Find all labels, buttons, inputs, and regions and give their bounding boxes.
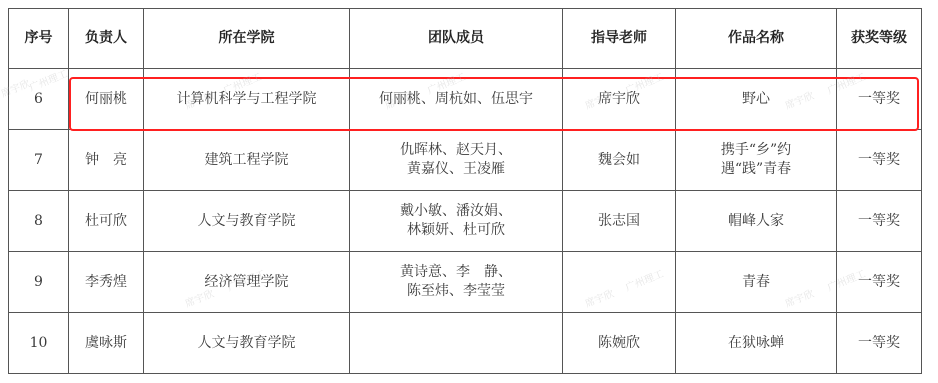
cell-members: 黄诗意、李 静、 陈至炜、李莹莹 [350, 252, 563, 313]
cell-advisor: 魏会如 [563, 130, 676, 191]
cell-college: 计算机科学与工程学院 [144, 69, 350, 130]
cell-award: 一等奖 [837, 130, 922, 191]
cell-advisor: 陈婉欣 [563, 313, 676, 374]
header-members: 团队成员 [350, 9, 563, 69]
table-row: 8 杜可欣 人文与教育学院 戴小敏、潘汝娟、 林颖妍、杜可欣 张志国 帽峰人家 … [9, 191, 922, 252]
table-row: 7 钟 亮 建筑工程学院 仇晖林、赵天月、 黄嘉仪、王凌雁 魏会如 携手“乡”约… [9, 130, 922, 191]
header-no: 序号 [9, 9, 69, 69]
cell-leader: 李秀煌 [69, 252, 144, 313]
cell-no: 8 [9, 191, 69, 252]
cell-college: 经济管理学院 [144, 252, 350, 313]
cell-no: 6 [9, 69, 69, 130]
cell-members: 戴小敏、潘汝娟、 林颖妍、杜可欣 [350, 191, 563, 252]
cell-leader: 杜可欣 [69, 191, 144, 252]
cell-advisor: 席宇欣 [563, 69, 676, 130]
table-row: 6 何丽桃 计算机科学与工程学院 何丽桃、周杭如、伍思宇 席宇欣 野心 一等奖 [9, 69, 922, 130]
cell-no: 10 [9, 313, 69, 374]
cell-leader: 何丽桃 [69, 69, 144, 130]
header-leader: 负责人 [69, 9, 144, 69]
cell-award: 一等奖 [837, 69, 922, 130]
table-row: 10 虞咏斯 人文与教育学院 陈婉欣 在狱咏蝉 一等奖 [9, 313, 922, 374]
cell-members: 仇晖林、赵天月、 黄嘉仪、王凌雁 [350, 130, 563, 191]
cell-award: 一等奖 [837, 252, 922, 313]
cell-work: 野心 [676, 69, 837, 130]
cell-college: 人文与教育学院 [144, 313, 350, 374]
header-advisor: 指导老师 [563, 9, 676, 69]
awards-table: 序号 负责人 所在学院 团队成员 指导老师 作品名称 获奖等级 6 何丽桃 计算… [8, 8, 922, 374]
cell-advisor: 张志国 [563, 191, 676, 252]
cell-members [350, 313, 563, 374]
cell-college: 人文与教育学院 [144, 191, 350, 252]
cell-leader: 钟 亮 [69, 130, 144, 191]
cell-award: 一等奖 [837, 191, 922, 252]
cell-no: 7 [9, 130, 69, 191]
cell-college: 建筑工程学院 [144, 130, 350, 191]
cell-work: 青春 [676, 252, 837, 313]
cell-advisor [563, 252, 676, 313]
cell-work: 在狱咏蝉 [676, 313, 837, 374]
header-work: 作品名称 [676, 9, 837, 69]
cell-work: 携手“乡”约 遇“践”青春 [676, 130, 837, 191]
header-college: 所在学院 [144, 9, 350, 69]
cell-award: 一等奖 [837, 313, 922, 374]
table-header-row: 序号 负责人 所在学院 团队成员 指导老师 作品名称 获奖等级 [9, 9, 922, 69]
header-award: 获奖等级 [837, 9, 922, 69]
cell-members: 何丽桃、周杭如、伍思宇 [350, 69, 563, 130]
cell-no: 9 [9, 252, 69, 313]
table-row: 9 李秀煌 经济管理学院 黄诗意、李 静、 陈至炜、李莹莹 青春 一等奖 [9, 252, 922, 313]
cell-work: 帽峰人家 [676, 191, 837, 252]
cell-leader: 虞咏斯 [69, 313, 144, 374]
